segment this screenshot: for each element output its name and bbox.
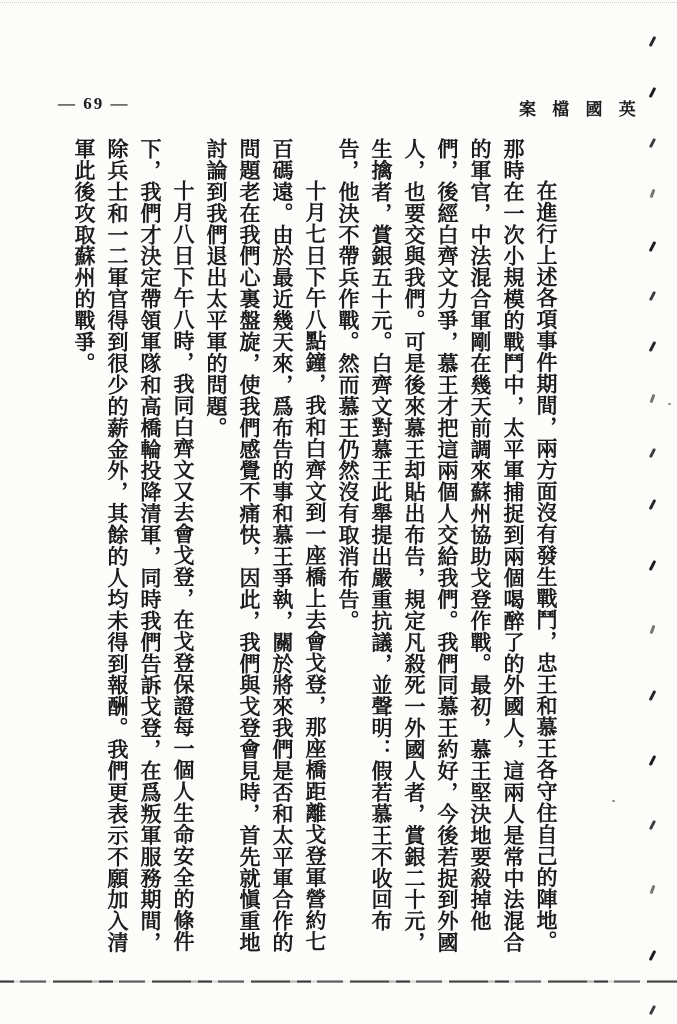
edge-tick-mark <box>649 499 657 510</box>
scan-edge-top-line <box>0 2 677 3</box>
edge-tick-mark <box>650 625 656 634</box>
scanned-book-page: — 69 — 案 檔 國 英 在進行上述各項事件期間，兩方面沒有發生戰鬥，忠王和… <box>0 0 677 1024</box>
edge-tick-mark <box>649 560 657 571</box>
ink-speck <box>612 800 615 802</box>
edge-tick-mark <box>649 138 656 148</box>
scan-scratch-line <box>0 980 677 983</box>
paragraph: 十月七日下午八點鐘，我和白齊文到一座橋上去會戈登，那座橋距離戈登軍營約七百碼遠。… <box>199 138 331 954</box>
edge-tick-mark <box>649 820 656 830</box>
body-text: 在進行上述各項事件期間，兩方面沒有發生戰鬥，忠王和慕王各守住自己的陣地。那時在一… <box>67 138 562 954</box>
edge-tick-mark <box>649 755 657 766</box>
paragraph: 十月八日下午八時，我同白齊文又去會戈登，在戈登保證每一個人生命安全的條件下，我們… <box>67 138 199 954</box>
edge-tick-mark <box>649 950 657 961</box>
edge-tick-mark <box>649 36 657 47</box>
edge-tick-mark <box>649 448 656 458</box>
page-number: — 69 — <box>58 94 130 114</box>
edge-tick-mark <box>650 885 656 894</box>
book-title-header: 案 檔 國 英 <box>519 95 642 120</box>
paragraph: 那時在一次小規模的戰鬥中，太平軍捕捉到兩個喝醉了的外國人，這兩人是常中法混合的軍… <box>331 138 529 954</box>
edge-tick-mark <box>649 291 656 301</box>
edge-tick-mark <box>650 189 656 198</box>
edge-tick-mark <box>649 87 657 98</box>
edge-tick-mark <box>650 394 656 403</box>
edge-tick-mark <box>649 341 657 352</box>
ink-speck <box>668 403 671 405</box>
edge-tick-mark <box>649 241 657 252</box>
edge-tick-mark <box>649 1005 656 1015</box>
paragraph: 在進行上述各項事件期間，兩方面沒有發生戰鬥，忠王和慕王各守住自己的陣地。 <box>529 138 562 954</box>
edge-tick-mark <box>649 690 657 701</box>
